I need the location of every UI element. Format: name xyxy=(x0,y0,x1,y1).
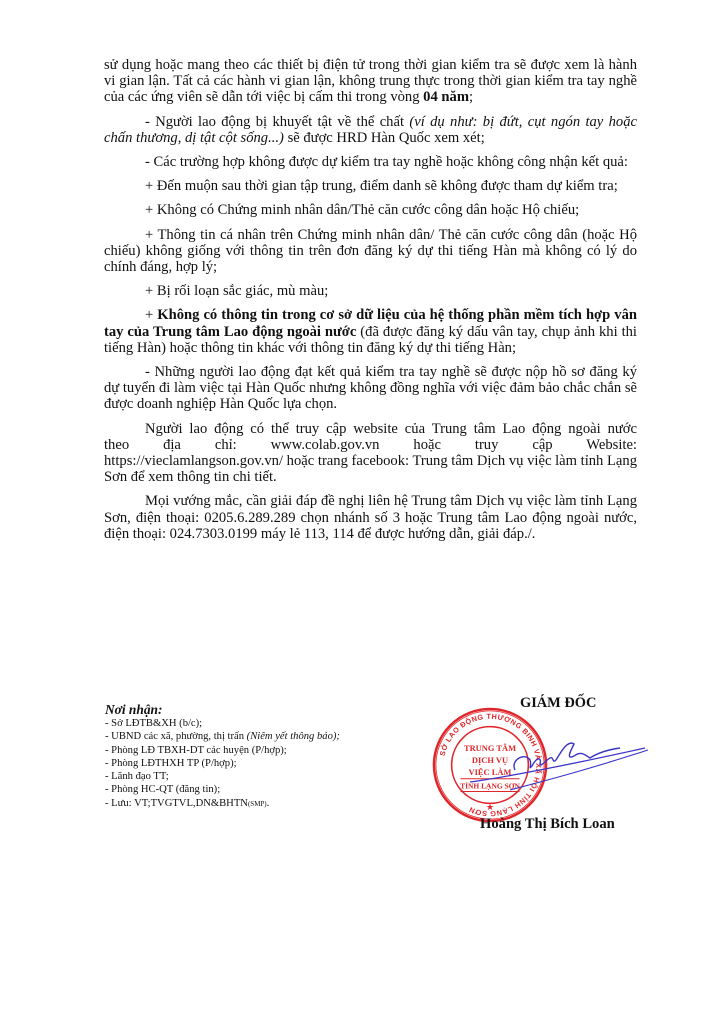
paragraph-disqualification: - Các trường hợp không được dự kiểm tra … xyxy=(104,154,637,170)
recipients-heading: Nơi nhận: xyxy=(105,702,405,717)
signer-name: Hoàng Thị Bích Loan xyxy=(480,816,615,833)
recipient-item: - Lãnh đạo TT; xyxy=(105,770,405,783)
text: - Sở LĐTB&XH (b/c); xyxy=(105,718,202,729)
handwritten-signature-icon xyxy=(470,730,650,810)
website-line-2: theo địa chỉ: www.colab.gov.vn hoặc truy… xyxy=(104,437,637,453)
ban-duration: 04 năm xyxy=(423,89,469,105)
website-line-1: Người lao động có thể truy cập website c… xyxy=(104,421,637,437)
text: sẽ được HRD Hàn Quốc xem xét; xyxy=(284,130,485,146)
text: - Lưu: VT;TVGTVL,DN&BHTN xyxy=(105,798,248,809)
paragraph-late: + Đến muộn sau thời gian tập trung, điểm… xyxy=(104,178,637,194)
website-line-3: https://vieclamlangson.gov.vn/ hoặc tran… xyxy=(104,453,637,485)
text: - Lãnh đạo TT; xyxy=(105,771,169,782)
text: ; xyxy=(469,89,473,105)
paragraph-no-id: + Không có Chứng minh nhân dân/Thẻ căn c… xyxy=(104,202,637,218)
text: . xyxy=(267,798,270,809)
paragraph-color-blind: + Bị rối loạn sắc giác, mù màu; xyxy=(104,283,637,299)
document-body: sử dụng hoặc mang theo các thiết bị điện… xyxy=(104,57,637,550)
subscript: (SMP) xyxy=(248,800,267,808)
text: - Phòng HC-QT (đăng tin); xyxy=(105,784,220,795)
text: - Phòng LĐTHXH TP (P/hợp); xyxy=(105,758,237,769)
paragraph-id-mismatch: + Thông tin cá nhân trên Chứng minh nhân… xyxy=(104,227,637,276)
note: (Niêm yết thông báo); xyxy=(247,731,340,742)
recipient-item: - Phòng LĐTHXH TP (P/hợp); xyxy=(105,757,405,770)
recipient-item: - Lưu: VT;TVGTVL,DN&BHTN(SMP). xyxy=(105,797,405,811)
text: - UBND các xã, phường, thị trấn xyxy=(105,731,247,742)
recipient-item: - UBND các xã, phường, thị trấn (Niêm yế… xyxy=(105,730,405,743)
text: sử dụng hoặc mang theo các thiết bị điện… xyxy=(104,57,637,105)
paragraph-cheating: sử dụng hoặc mang theo các thiết bị điện… xyxy=(104,57,637,106)
text: + xyxy=(145,307,157,323)
recipients-block: Nơi nhận: - Sở LĐTB&XH (b/c); - UBND các… xyxy=(105,702,405,811)
paragraph-contact: Mọi vướng mắc, cần giải đáp đề nghị liên… xyxy=(104,493,637,542)
paragraph-website: Người lao động có thể truy cập website c… xyxy=(104,421,637,486)
text: - Người lao động bị khuyết tật về thể ch… xyxy=(145,114,409,130)
paragraph-passed: - Những người lao động đạt kết quả kiểm … xyxy=(104,364,637,413)
paragraph-fingerprint: + Không có thông tin trong cơ sở dữ liệu… xyxy=(104,307,637,356)
recipient-item: - Sở LĐTB&XH (b/c); xyxy=(105,717,405,730)
recipient-item: - Phòng LĐ TBXH-DT các huyện (P/hợp); xyxy=(105,744,405,757)
text: - Phòng LĐ TBXH-DT các huyện (P/hợp); xyxy=(105,745,287,756)
paragraph-disability: - Người lao động bị khuyết tật về thể ch… xyxy=(104,114,637,146)
recipient-item: - Phòng HC-QT (đăng tin); xyxy=(105,783,405,796)
